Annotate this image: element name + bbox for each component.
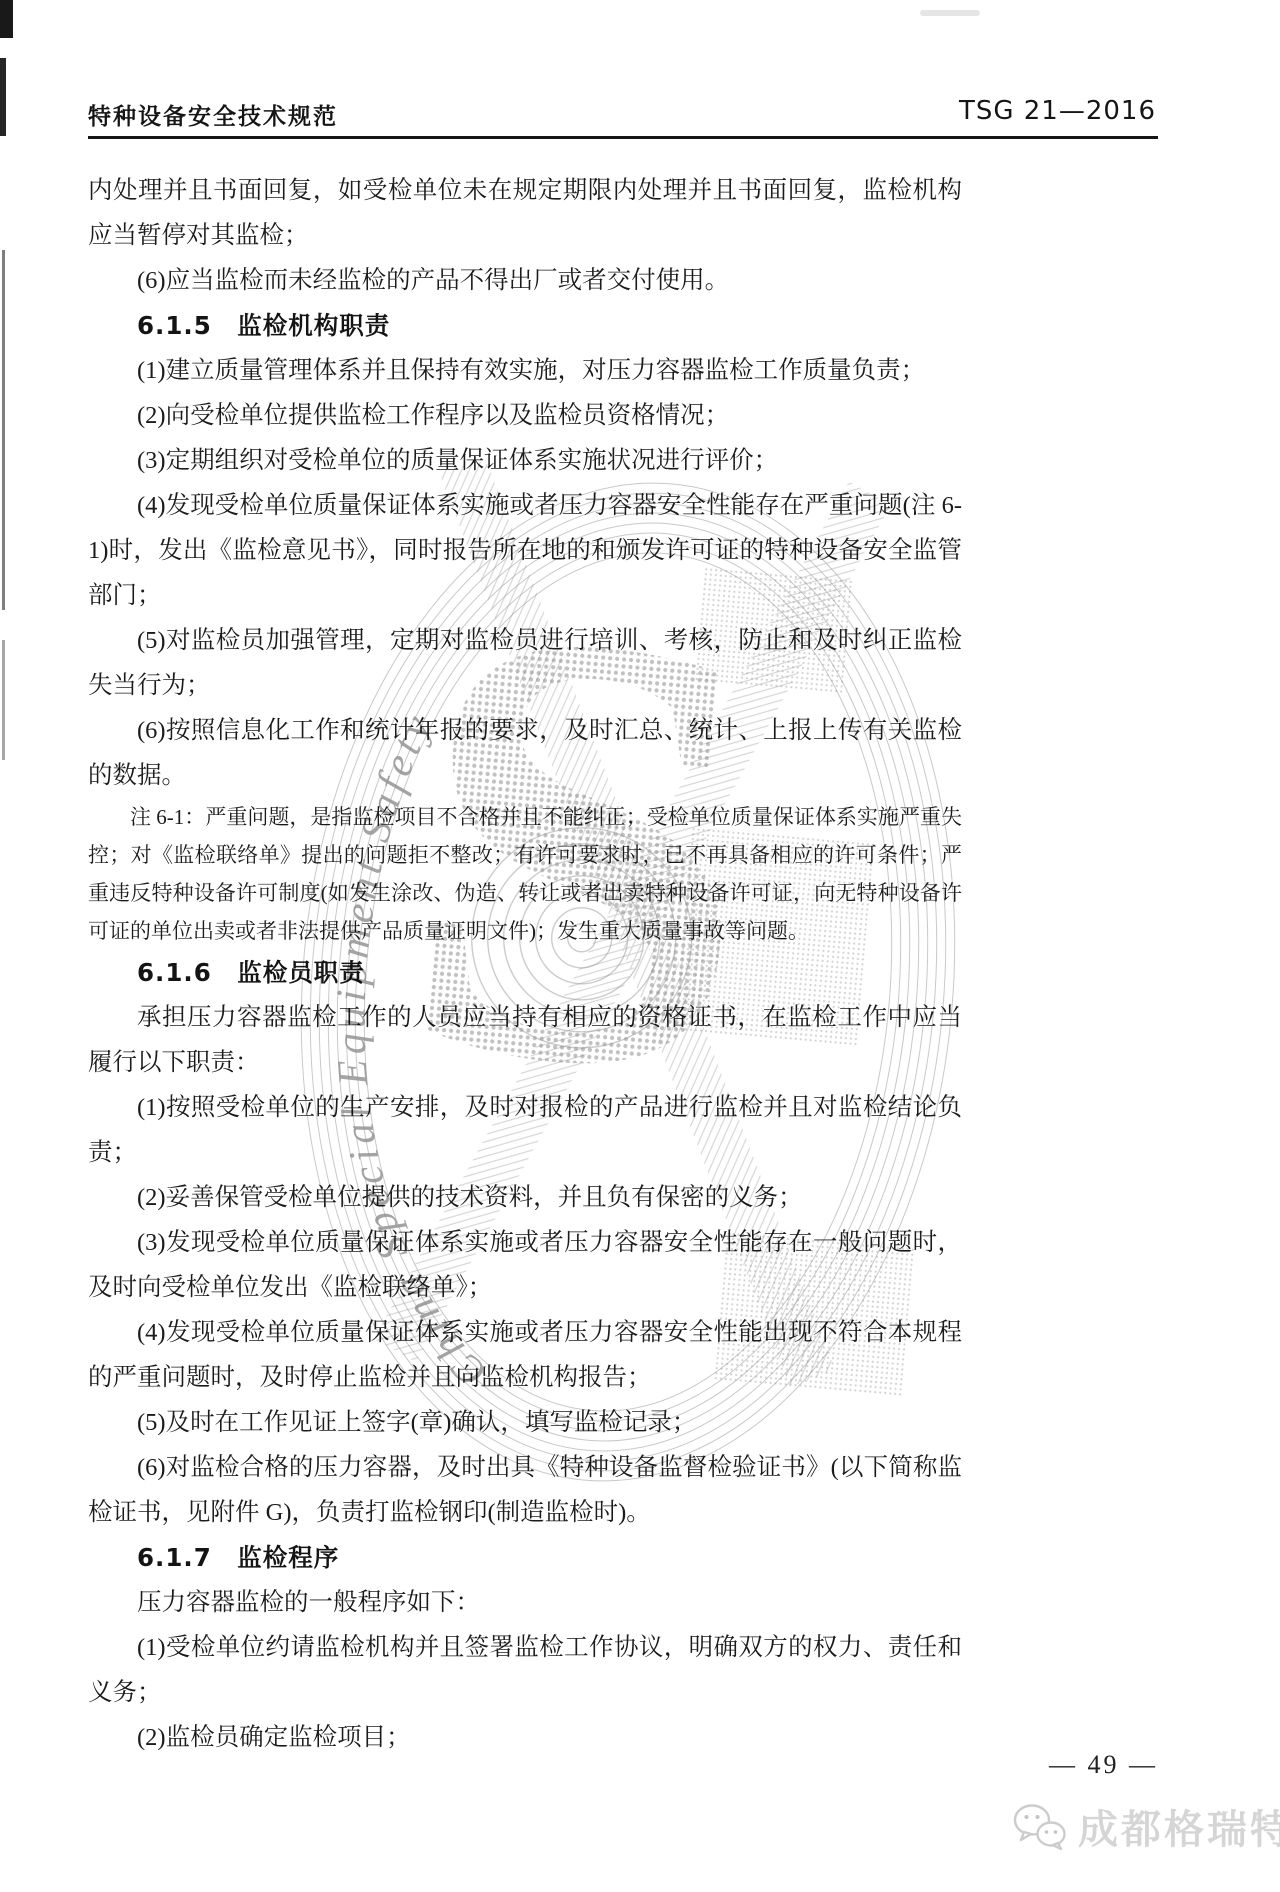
paragraph: (6)按照信息化工作和统计年报的要求，及时汇总、统计、上报上传有关监检的数据。: [88, 708, 962, 798]
paragraph: (5)对监检员加强管理，定期对监检员进行培训、考核，防止和及时纠正监检失当行为；: [88, 618, 962, 708]
wechat-icon: [1012, 1799, 1068, 1855]
section-heading: 6.1.7 监检程序: [88, 1535, 962, 1580]
paragraph: (3)定期组织对受检单位的质量保证体系实施状况进行评价；: [88, 438, 962, 483]
paragraph: (1)受检单位约请监检机构并且签署监检工作协议，明确双方的权力、责任和义务；: [88, 1625, 962, 1715]
paragraph: 内处理并且书面回复，如受检单位未在规定期限内处理并且书面回复，监检机构应当暂停对…: [88, 168, 962, 258]
document-header-left: 特种设备安全技术规范: [88, 98, 338, 131]
bottom-watermark: 成都格瑞特: [1012, 1798, 1280, 1855]
paragraph: (6)对监检合格的压力容器，及时出具《特种设备监督检验证书》(以下简称监检证书，…: [88, 1445, 962, 1535]
paragraph: (5)及时在工作见证上签字(章)确认，填写监检记录；: [88, 1400, 962, 1445]
paragraph: (2)妥善保管受检单位提供的技术资料，并且负有保密的义务；: [88, 1175, 962, 1220]
paragraph: 压力容器监检的一般程序如下：: [88, 1580, 962, 1625]
bottom-watermark-text: 成都格瑞特: [1078, 1798, 1280, 1855]
header-rule: [88, 136, 1158, 139]
paragraph: (2)向受检单位提供监检工作程序以及监检员资格情况；: [88, 393, 962, 438]
scanned-document-page: 特种设备安全技术规范 TSG 21—2016 内处理并且书面回复，如受检单位未在…: [0, 0, 1280, 1892]
paragraph: (1)按照受检单位的生产安排，及时对报检的产品进行监检并且对监检结论负责；: [88, 1085, 962, 1175]
paragraph: (1)建立质量管理体系并且保持有效实施，对压力容器监检工作质量负责；: [88, 348, 962, 393]
paragraph: (4)发现受检单位质量保证体系实施或者压力容器安全性能存在严重问题(注 6-1)…: [88, 483, 962, 618]
paragraph: (3)发现受检单位质量保证体系实施或者压力容器安全性能存在一般问题时，及时向受检…: [88, 1220, 962, 1310]
note-paragraph: 注 6-1：严重问题，是指监检项目不合格并且不能纠正；受检单位质量保证体系实施严…: [88, 798, 962, 950]
section-heading: 6.1.6 监检员职责: [88, 950, 962, 995]
scan-artifact-left-strip: [0, 58, 6, 136]
scan-artifact-top-smudge: [920, 10, 980, 16]
document-body: 内处理并且书面回复，如受检单位未在规定期限内处理并且书面回复，监检机构应当暂停对…: [88, 168, 962, 1760]
scan-artifact-left-line-2: [2, 640, 5, 760]
document-header-right: TSG 21—2016: [959, 96, 1156, 126]
scan-artifact-left-line: [2, 250, 5, 610]
paragraph: 承担压力容器监检工作的人员应当持有相应的资格证书，在监检工作中应当履行以下职责：: [88, 995, 962, 1085]
paragraph: (6)应当监检而未经监检的产品不得出厂或者交付使用。: [88, 258, 962, 303]
section-heading: 6.1.5 监检机构职责: [88, 303, 962, 348]
scan-artifact-corner: [0, 0, 13, 38]
page-number: — 49 —: [88, 1750, 1158, 1780]
paragraph: (4)发现受检单位质量保证体系实施或者压力容器安全性能出现不符合本规程的严重问题…: [88, 1310, 962, 1400]
